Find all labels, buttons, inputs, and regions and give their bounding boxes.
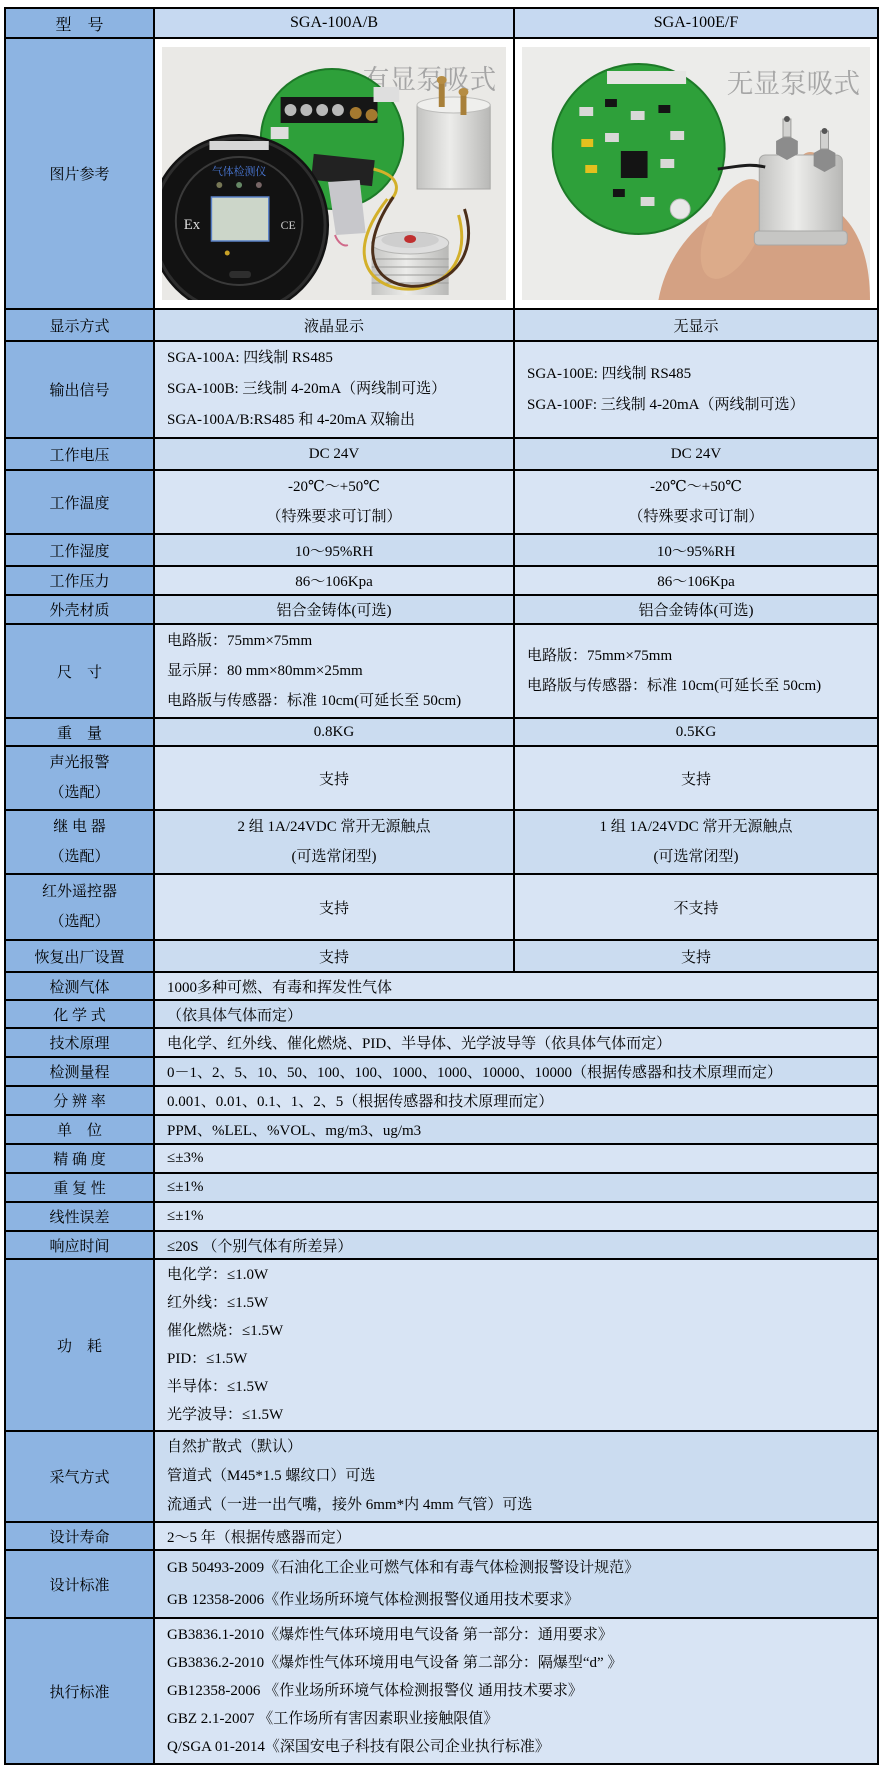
cell-output-col2: SGA-100E: 四线制 RS485 SGA-100F: 三线制 4-20mA…	[514, 341, 878, 438]
cell-voltage-col1: DC 24V	[154, 438, 514, 470]
model-e-header: SGA-100E/F	[514, 8, 878, 38]
cell-output-col1: SGA-100A: 四线制 RS485 SGA-100B: 三线制 4-20mA…	[154, 341, 514, 438]
row-repeat: 重 复 性 ≤±1%	[5, 1173, 878, 1202]
cell-reset-col2: 支持	[514, 940, 878, 972]
row-alarm: 声光报警（选配） 支持 支持	[5, 746, 878, 810]
photo-row: 图片参考 有显泵吸式	[5, 38, 878, 309]
cell-alarm-col1: 支持	[154, 746, 514, 810]
row-label-design-std: 设计标准	[5, 1550, 154, 1618]
row-label-humidity: 工作湿度	[5, 534, 154, 566]
row-size: 尺 寸 电路版：75mm×75mm 显示屏：80 mm×80mm×25mm 电路…	[5, 624, 878, 718]
row-gases: 检测气体 1000多种可燃、有毒和挥发性气体	[5, 972, 878, 1000]
cell-size-col1: 电路版：75mm×75mm 显示屏：80 mm×80mm×25mm 电路版与传感…	[154, 624, 514, 718]
cell-pressure-col2: 86～106Kpa	[514, 566, 878, 595]
row-remote: 红外遥控器（选配） 支持 不支持	[5, 874, 878, 940]
photo-cell-sga100ef: 无显泵吸式	[514, 38, 878, 309]
row-response: 响应时间 ≤20S （个别气体有所差异）	[5, 1231, 878, 1259]
cell-display-col1: 液晶显示	[154, 309, 514, 341]
row-label-shell: 外壳材质	[5, 595, 154, 624]
row-label-range: 检测量程	[5, 1057, 154, 1086]
watermark-right: 无显泵吸式	[727, 69, 860, 99]
cell-remote-col1: 支持	[154, 874, 514, 940]
row-label-response: 响应时间	[5, 1231, 154, 1259]
row-sampling: 采气方式 自然扩散式（默认） 管道式（M45*1.5 螺纹口）可选 流通式（一进…	[5, 1431, 878, 1522]
cell-voltage-col2: DC 24V	[514, 438, 878, 470]
cell-relay-col2: 1 组 1A/24VDC 常开无源触点(可选常闭型)	[514, 810, 878, 874]
row-lifespan: 设计寿命 2～5 年（根据传感器而定）	[5, 1522, 878, 1550]
row-label-linearity: 线性误差	[5, 1202, 154, 1231]
row-label-voltage: 工作电压	[5, 438, 154, 470]
photo-cell-sga100ab: 有显泵吸式	[154, 38, 514, 309]
row-label-principle: 技术原理	[5, 1028, 154, 1057]
row-label-formula: 化 学 式	[5, 1000, 154, 1028]
cell-unit: PPM、%LEL、%VOL、mg/m3、ug/m3	[154, 1115, 878, 1144]
row-display: 显示方式 液晶显示 无显示	[5, 309, 878, 341]
row-label-weight: 重 量	[5, 718, 154, 746]
row-relay: 继 电 器（选配） 2 组 1A/24VDC 常开无源触点(可选常闭型) 1 组…	[5, 810, 878, 874]
header-row: 型 号 SGA-100A/B SGA-100E/F	[5, 8, 878, 38]
cell-linearity: ≤±1%	[154, 1202, 878, 1231]
cell-power: 电化学：≤1.0W 红外线：≤1.5W 催化燃烧：≤1.5W PID：≤1.5W…	[154, 1259, 878, 1431]
cell-range: 0－1、2、5、10、50、100、100、1000、1000、10000、10…	[154, 1057, 878, 1086]
cell-resolution: 0.001、0.01、0.1、1、2、5（根据传感器和技术原理而定）	[154, 1086, 878, 1115]
cell-humidity-col1: 10～95%RH	[154, 534, 514, 566]
row-label-display: 显示方式	[5, 309, 154, 341]
model-a-header: SGA-100A/B	[154, 8, 514, 38]
row-label-remote: 红外遥控器（选配）	[5, 874, 154, 940]
row-label-sampling: 采气方式	[5, 1431, 154, 1522]
cell-reset-col1: 支持	[154, 940, 514, 972]
row-accuracy: 精 确 度 ≤±3%	[5, 1144, 878, 1173]
row-label-relay: 继 电 器（选配）	[5, 810, 154, 874]
row-reset: 恢复出厂设置 支持 支持	[5, 940, 878, 972]
model-header-label: 型 号	[5, 8, 154, 38]
cell-pressure-col1: 86～106Kpa	[154, 566, 514, 595]
row-label-gases: 检测气体	[5, 972, 154, 1000]
row-principle: 技术原理 电化学、红外线、催化燃烧、PID、半导体、光学波导等（依具体气体而定）	[5, 1028, 878, 1057]
cell-weight-col2: 0.5KG	[514, 718, 878, 746]
row-humidity: 工作湿度 10～95%RH 10～95%RH	[5, 534, 878, 566]
cell-principle: 电化学、红外线、催化燃烧、PID、半导体、光学波导等（依具体气体而定）	[154, 1028, 878, 1057]
product-photo-sga100ef-graphic: 无显泵吸式	[522, 47, 870, 300]
product-photo-sga100ab: 有显泵吸式	[162, 47, 506, 300]
row-label-pressure: 工作压力	[5, 566, 154, 595]
cell-shell-col2: 铝合金铸体(可选)	[514, 595, 878, 624]
row-resolution: 分 辨 率 0.001、0.01、0.1、1、2、5（根据传感器和技术原理而定）	[5, 1086, 878, 1115]
cell-formula: （依具体气体而定）	[154, 1000, 878, 1028]
row-label-size: 尺 寸	[5, 624, 154, 718]
row-unit: 单 位 PPM、%LEL、%VOL、mg/m3、ug/m3	[5, 1115, 878, 1144]
cell-temp-col2: -20℃～+50℃（特殊要求可订制）	[514, 470, 878, 534]
row-label-power: 功 耗	[5, 1259, 154, 1431]
cell-exec-std: GB3836.1-2010《爆炸性气体环境用电气设备 第一部分：通用要求》 GB…	[154, 1618, 878, 1764]
cell-display-col2: 无显示	[514, 309, 878, 341]
cell-repeat: ≤±1%	[154, 1173, 878, 1202]
cell-sampling: 自然扩散式（默认） 管道式（M45*1.5 螺纹口）可选 流通式（一进一出气嘴，…	[154, 1431, 878, 1522]
spec-table: 型 号 SGA-100A/B SGA-100E/F 图片参考 有显泵吸式	[4, 7, 879, 1765]
cell-humidity-col2: 10～95%RH	[514, 534, 878, 566]
row-label-lifespan: 设计寿命	[5, 1522, 154, 1550]
row-label-exec-std: 执行标准	[5, 1618, 154, 1764]
row-label-unit: 单 位	[5, 1115, 154, 1144]
row-design-std: 设计标准 GB 50493-2009《石油化工企业可燃气体和有毒气体检测报警设计…	[5, 1550, 878, 1618]
pcb-graphic	[553, 64, 725, 234]
row-power: 功 耗 电化学：≤1.0W 红外线：≤1.5W 催化燃烧：≤1.5W PID：≤…	[5, 1259, 878, 1431]
cell-accuracy: ≤±3%	[154, 1144, 878, 1173]
cell-remote-col2: 不支持	[514, 874, 878, 940]
row-label-accuracy: 精 确 度	[5, 1144, 154, 1173]
cell-gases: 1000多种可燃、有毒和挥发性气体	[154, 972, 878, 1000]
product-photo-sga100ab-graphic: 有显泵吸式	[162, 47, 506, 300]
ce-mark-text: CE	[281, 218, 296, 232]
row-label-resolution: 分 辨 率	[5, 1086, 154, 1115]
cell-shell-col1: 铝合金铸体(可选)	[154, 595, 514, 624]
cell-relay-col1: 2 组 1A/24VDC 常开无源触点(可选常闭型)	[154, 810, 514, 874]
row-exec-std: 执行标准 GB3836.1-2010《爆炸性气体环境用电气设备 第一部分：通用要…	[5, 1618, 878, 1764]
row-label-output: 输出信号	[5, 341, 154, 438]
row-temp: 工作温度 -20℃～+50℃（特殊要求可订制） -20℃～+50℃（特殊要求可订…	[5, 470, 878, 534]
spec-sheet: 型 号 SGA-100A/B SGA-100E/F 图片参考 有显泵吸式	[0, 0, 881, 1771]
cell-weight-col1: 0.8KG	[154, 718, 514, 746]
row-formula: 化 学 式 （依具体气体而定）	[5, 1000, 878, 1028]
row-label-photos: 图片参考	[5, 38, 154, 309]
row-linearity: 线性误差 ≤±1%	[5, 1202, 878, 1231]
product-photo-sga100ef: 无显泵吸式	[522, 47, 870, 300]
row-output: 输出信号 SGA-100A: 四线制 RS485 SGA-100B: 三线制 4…	[5, 341, 878, 438]
row-range: 检测量程 0－1、2、5、10、50、100、100、1000、1000、100…	[5, 1057, 878, 1086]
cell-size-col2: 电路版：75mm×75mm 电路版与传感器：标准 10cm(可延长至 50cm)	[514, 624, 878, 718]
row-label-alarm: 声光报警（选配）	[5, 746, 154, 810]
row-weight: 重 量 0.8KG 0.5KG	[5, 718, 878, 746]
row-voltage: 工作电压 DC 24V DC 24V	[5, 438, 878, 470]
row-pressure: 工作压力 86～106Kpa 86～106Kpa	[5, 566, 878, 595]
row-label-repeat: 重 复 性	[5, 1173, 154, 1202]
cell-response: ≤20S （个别气体有所差异）	[154, 1231, 878, 1259]
row-label-reset: 恢复出厂设置	[5, 940, 154, 972]
device-title-text: 气体检测仪	[212, 164, 266, 178]
ex-mark-text: Ex	[184, 217, 201, 233]
cell-design-std: GB 50493-2009《石油化工企业可燃气体和有毒气体检测报警设计规范》 G…	[154, 1550, 878, 1618]
cell-temp-col1: -20℃～+50℃（特殊要求可订制）	[154, 470, 514, 534]
row-label-temp: 工作温度	[5, 470, 154, 534]
cell-lifespan: 2～5 年（根据传感器而定）	[154, 1522, 878, 1550]
row-shell: 外壳材质 铝合金铸体(可选) 铝合金铸体(可选)	[5, 595, 878, 624]
cell-alarm-col2: 支持	[514, 746, 878, 810]
